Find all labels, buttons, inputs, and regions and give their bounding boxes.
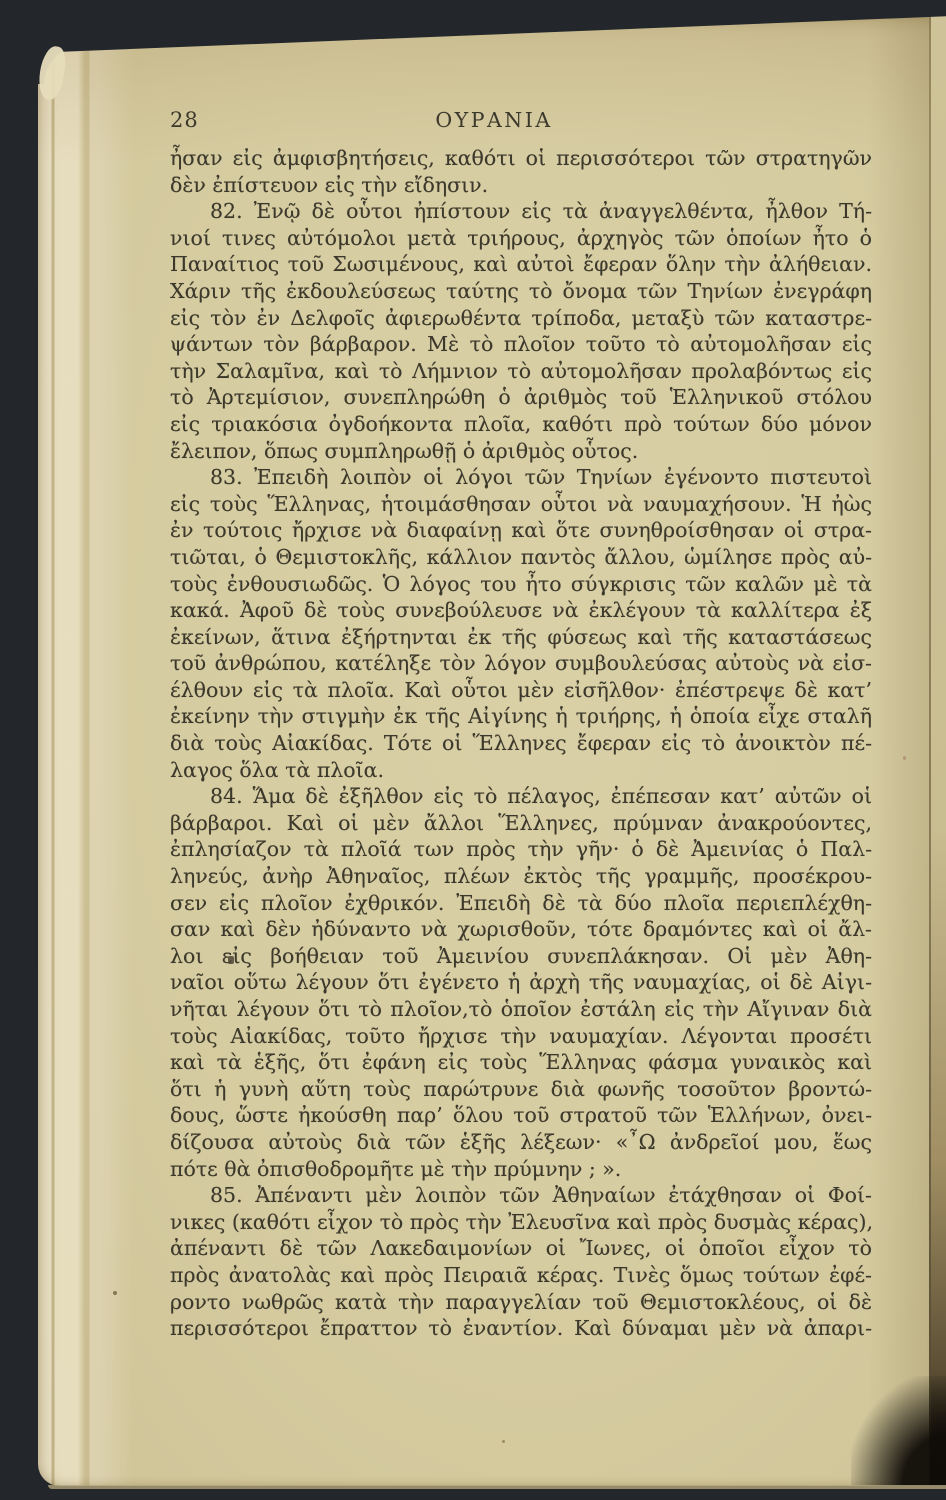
foxing-spot: [113, 1291, 117, 1295]
book-page: 28 ΟΥΡΑΝΙΑ ἦσαν εἰς ἀμφισβητήσεις, καθότ…: [38, 12, 946, 1486]
text-line: δὲν ἐπίστευον εἰς τὴν εἴδησιν.: [170, 172, 872, 199]
text-line: ἐν τούτοις ἤρχισε νὰ διαφαίνῃ καὶ ὅτε συ…: [170, 517, 872, 544]
text-line: 85. Ἀπέναντι μὲν λοιπὸν τῶν Ἀθηναίων ἐτά…: [170, 1182, 872, 1209]
text-line: ἦσαν εἰς ἀμφισβητήσεις, καθότι οἱ περισσ…: [170, 145, 872, 172]
text-line: ὅτι ἡ γυνὴ αὕτη τοὺς παρώτρυνε διὰ φωνῆς…: [170, 1076, 872, 1103]
text-line: τοῦ ἀνθρώπου, κατέληξε τὸν λόγον συμβουλ…: [170, 650, 872, 677]
text-line: νῆται λέγουν ὅτι τὸ πλοῖον,τὸ ὁποῖον ἐστ…: [170, 996, 872, 1023]
text-line: βάρβαροι. Καὶ οἱ μὲν ἄλλοι Ἕλληνες, πρύμ…: [170, 810, 872, 837]
text-line: πότε θὰ ὀπισθοδρομῆτε μὲ τὴν πρύμνην ; »…: [170, 1156, 872, 1183]
text-line: Χάριν τῆς ἐκδουλεύσεως ταύτης τὸ ὄνομα τ…: [170, 278, 872, 305]
text-line: τιῶται, ὁ Θεμιστοκλῆς, κάλλιον παντὸς ἄλ…: [170, 544, 872, 571]
text-line: δους, ὥστε ἠκούσθη παρ’ ὅλου τοῦ στρατοῦ…: [170, 1102, 872, 1129]
text-line: δίζουσα αὐτοὺς διὰ τῶν ἑξῆς λέξεων· «῏Ω …: [170, 1129, 872, 1156]
text-line: εἰς τριακόσια ὀγδοήκοντα πλοῖα, καθότι π…: [170, 411, 872, 438]
page-header: 28 ΟΥΡΑΝΙΑ: [170, 108, 872, 136]
text-line: Παναίτιος τοῦ Σωσιμένους, καὶ αὐτοὶ ἔφερ…: [170, 251, 872, 278]
text-line: ροντο νωθρῶς κατὰ τὴν παραγγελίαν τοῦ Θε…: [170, 1289, 872, 1316]
text-line: λοι εἰς βοήθειαν τοῦ Ἀμεινίου συνεπλάκησ…: [170, 943, 872, 970]
text-line: τοὺς Αἰακίδας, τοῦτο ἤρχισε τὴν ναυμαχία…: [170, 1023, 872, 1050]
text-line: σαν καὶ δὲν ἠδύναντο νὰ χωρισθοῦν, τότε …: [170, 916, 872, 943]
text-line: ἀπέναντι δὲ τῶν Λακεδαιμονίων οἱ Ἴωνες, …: [170, 1235, 872, 1262]
text-block: ἦσαν εἰς ἀμφισβητήσεις, καθότι οἱ περισσ…: [170, 145, 872, 1342]
text-line: εἰς τοὺς Ἕλληνας, ἡτοιμάσθησαν οὗτοι νὰ …: [170, 491, 872, 518]
text-line: ἐπλησίαζον τὰ πλοῖά των πρὸς τὴν γῆν· ὁ …: [170, 836, 872, 863]
text-line: σεν εἰς πλοῖον ἐχθρικόν. Ἐπειδὴ δὲ τὰ δύ…: [170, 890, 872, 917]
text-line: ἐκείνων, ἅτινα ἐξήρτηνται ἐκ τῆς φύσεως …: [170, 624, 872, 651]
foxing-spot: [502, 1440, 505, 1443]
text-line: 82. Ἐνῷ δὲ οὗτοι ἠπίστουν εἰς τὰ ἀναγγελ…: [170, 198, 872, 225]
gutter-shadow: [851, 1376, 946, 1486]
text-line: ἐκείνην τὴν στιγμὴν ἐκ τῆς Αἰγίνης ἡ τρι…: [170, 703, 872, 730]
text-line: διὰ τοὺς Αἰακίδας. Τότε οἱ Ἕλληνες ἔφερα…: [170, 730, 872, 757]
text-line: τὴν Σαλαμῖνα, καὶ τὸ Λήμνιον τὸ αὐτομολῆ…: [170, 358, 872, 385]
page-fold-edge: [931, 12, 946, 1486]
running-title: ΟΥΡΑΝΙΑ: [143, 108, 845, 132]
text-line: ψάντων τὸν βάρβαρον. Μὲ τὸ πλοῖον τοῦτο …: [170, 331, 872, 358]
text-line: κακά. Ἀφοῦ δὲ τοὺς συνεβούλευσε νὰ ἐκλέγ…: [170, 597, 872, 624]
ink-blot: [228, 956, 234, 964]
text-line: καὶ τὰ ἑξῆς, ὅτι ἐφάνη εἰς τοὺς Ἕλληνας …: [170, 1049, 872, 1076]
text-line: ἔλειπον, ὅπως συμπληρωθῇ ὁ ἀριθμὸς οὗτος…: [170, 438, 872, 465]
foxing-spot: [903, 756, 906, 760]
text-line: 83. Ἐπειδὴ λοιπὸν οἱ λόγοι τῶν Τηνίων ἐγ…: [170, 464, 872, 491]
text-line: νιοί τινες αὐτόμολοι μετὰ τριήρους, ἀρχη…: [170, 225, 872, 252]
text-line: τοὺς ἐνθουσιωδῶς. Ὁ λόγος του ἦτο σύγκρι…: [170, 571, 872, 598]
text-line: πρὸς ἀνατολὰς καὶ πρὸς Πειραιᾶ κέρας. Τι…: [170, 1262, 872, 1289]
text-line: εἰς τὸν ἐν Δελφοῖς ἀφιερωθέντα τρίποδα, …: [170, 305, 872, 332]
text-line: τὸ Ἀρτεμίσιον, συνεπληρώθη ὁ ἀριθμὸς τοῦ…: [170, 384, 872, 411]
text-line: 84. Ἅμα δὲ ἐξῆλθον εἰς τὸ πέλαγος, ἐπέπε…: [170, 783, 872, 810]
text-line: περισσότεροι ἔπραττον τὸ ἐναντίον. Καὶ δ…: [170, 1315, 872, 1342]
photo-background: 28 ΟΥΡΑΝΙΑ ἦσαν εἰς ἀμφισβητήσεις, καθότ…: [0, 0, 946, 1500]
text-line: νικες (καθότι εἶχον τὸ πρὸς τὴν Ἐλευσῖνα…: [170, 1209, 872, 1236]
text-line: ληνεύς, ἀνὴρ Ἀθηναῖος, πλέων ἐκτὸς τῆς γ…: [170, 863, 872, 890]
text-line: ναῖοι οὕτω λέγουν ὅτι ἐγένετο ἡ ἀρχὴ τῆς…: [170, 969, 872, 996]
foxing-spot: [663, 1285, 666, 1288]
text-line: έλθουν εἰς τὰ πλοῖα. Καὶ οὗτοι μὲν εἰσῆλ…: [170, 677, 872, 704]
text-line: λαγος ὅλα τὰ πλοῖα.: [170, 757, 872, 784]
